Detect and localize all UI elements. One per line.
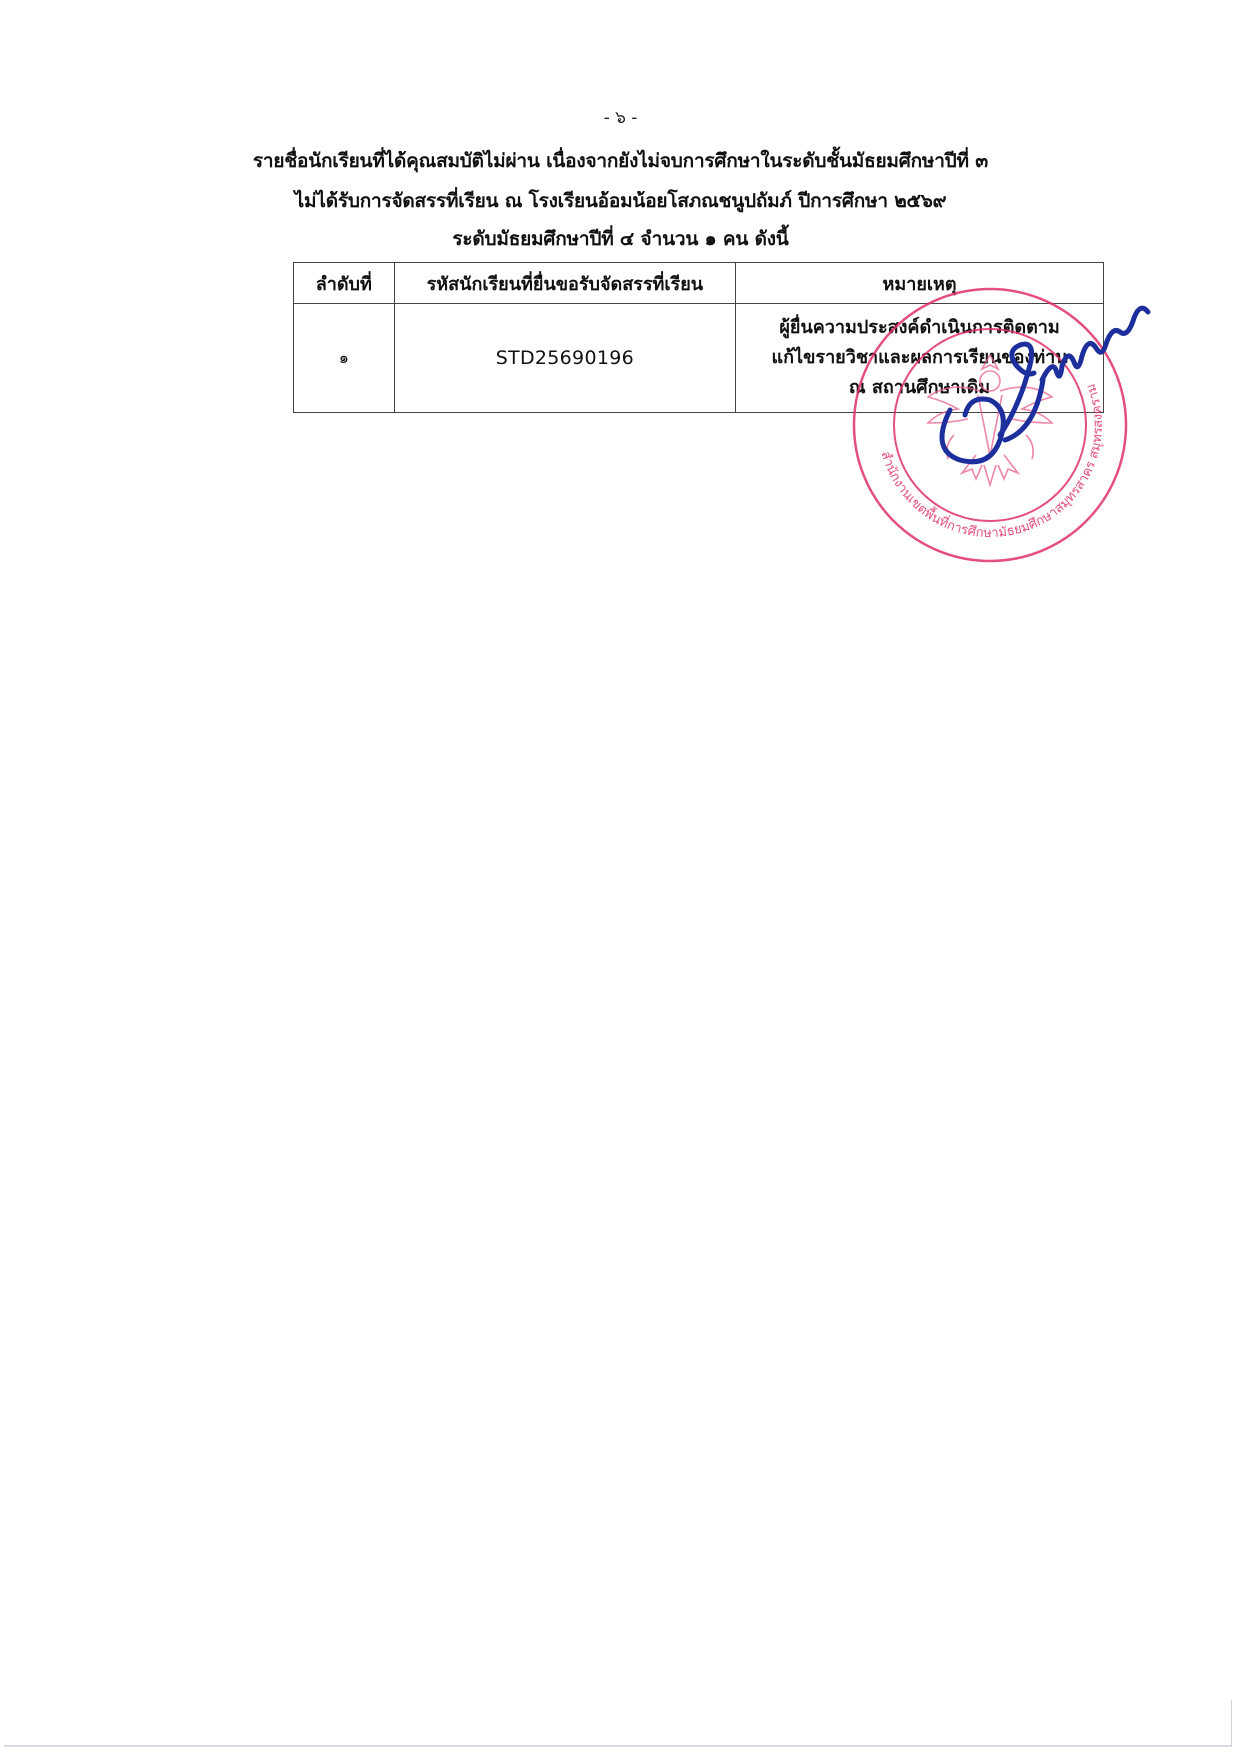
- scan-edge-bottom: [4, 1745, 1232, 1747]
- remark-line-1: ผู้ยื่นความประสงค์ดำเนินการติดตาม: [736, 313, 1103, 343]
- title-line-2: ไม่ได้รับการจัดสรรที่เรียน ณ โรงเรียนอ้อ…: [0, 186, 1241, 216]
- table-header-row: ลำดับที่ รหัสนักเรียนที่ยื่นขอรับจัดสรรท…: [294, 263, 1104, 304]
- title-line-1: รายชื่อนักเรียนที่ได้คุณสมบัติไม่ผ่าน เน…: [0, 146, 1241, 176]
- scan-edge-right: [1231, 1700, 1232, 1746]
- cell-student-id: STD25690196: [394, 304, 736, 413]
- student-table: ลำดับที่ รหัสนักเรียนที่ยื่นขอรับจัดสรรท…: [293, 262, 1104, 413]
- header-remark: หมายเหตุ: [736, 263, 1104, 304]
- remark-line-3: ณ สถานศึกษาเดิม: [736, 373, 1103, 403]
- cell-order: ๑: [294, 304, 395, 413]
- cell-remark: ผู้ยื่นความประสงค์ดำเนินการติดตาม แก้ไขร…: [736, 304, 1104, 413]
- table-row: ๑ STD25690196 ผู้ยื่นความประสงค์ดำเนินกา…: [294, 304, 1104, 413]
- title-line-3: ระดับมัธยมศึกษาปีที่ ๔ จำนวน ๑ คน ดังนี้: [0, 224, 1241, 254]
- header-order: ลำดับที่: [294, 263, 395, 304]
- remark-line-2: แก้ไขรายวิชาและผลการเรียนของท่าน: [736, 343, 1103, 373]
- page-number: - ๖ -: [0, 104, 1241, 131]
- header-student-id: รหัสนักเรียนที่ยื่นขอรับจัดสรรที่เรียน: [394, 263, 736, 304]
